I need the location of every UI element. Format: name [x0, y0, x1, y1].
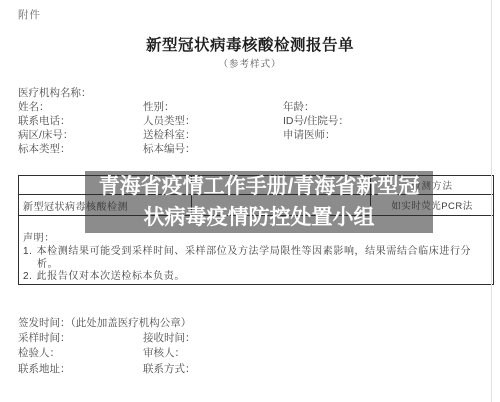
field-label-sampling-time: 采样时间：: [18, 331, 143, 346]
form-row-phone: 联系电话： 人员类型： ID号/住院号：: [18, 115, 488, 129]
attachment-label: 附件: [18, 7, 41, 22]
page-edge-line: [491, 0, 492, 402]
signature-section: 签发时间：（此处加盖医疗机构公章） 采样时间： 接收时间： 检验人： 审核人： …: [18, 316, 478, 377]
field-label-ward-bed: 病区/床号：: [18, 129, 143, 143]
watermark-line-1: 青海省疫情工作手册/青海省新型冠: [85, 171, 433, 202]
field-label-name: 姓名：: [18, 101, 143, 115]
statement-item-2: 2.此报告仅对本次送检标本负责。: [23, 271, 485, 284]
statement-number-2: 2.: [23, 271, 37, 282]
report-subtitle: （参考样式）: [0, 56, 500, 70]
field-label-age: 年龄：: [283, 101, 488, 115]
field-label-person-type: 人员类型：: [143, 115, 283, 129]
statement-title: 声明：: [23, 233, 485, 246]
field-label-phone: 联系电话：: [18, 115, 143, 129]
field-label-issue-time-seal: 签发时间：（此处加盖医疗机构公章）: [18, 316, 191, 331]
statement-text-2: 此报告仅对本次送检标本负责。: [37, 271, 185, 282]
footer-row-sampling: 采样时间： 接收时间：: [18, 331, 478, 346]
form-row-ward: 病区/床号： 送检科室： 申请医师：: [18, 129, 488, 143]
patient-info-section: 医疗机构名称： 姓名： 性别： 年龄： 联系电话： 人员类型： ID号/住院号：…: [18, 87, 488, 156]
statement-number-1: 1.: [23, 246, 37, 257]
field-label-physician: 申请医师：: [283, 129, 488, 143]
footer-row-inspector: 检验人： 审核人：: [18, 346, 478, 361]
field-label-contact-method: 联系方式：: [143, 362, 478, 377]
form-row-name: 姓名： 性别： 年龄：: [18, 101, 488, 115]
statement-item-1: 1.本检测结果可能受到采样时间、采样部位及方法学局限性等因素影响，结果需结合临床…: [23, 246, 485, 272]
field-label-receive-time: 接收时间：: [143, 331, 478, 346]
footer-row-issue-time: 签发时间：（此处加盖医疗机构公章）: [18, 316, 478, 331]
field-label-department: 送检科室：: [143, 129, 283, 143]
field-label-contact-address: 联系地址：: [18, 362, 143, 377]
footer-row-contact: 联系地址： 联系方式：: [18, 362, 478, 377]
watermark-overlay: 青海省疫情工作手册/青海省新型冠 状病毒疫情防控处置小组: [85, 171, 433, 233]
field-label-institution: 医疗机构名称：: [18, 87, 143, 101]
statement-text-1: 本检测结果可能受到采样时间、采样部位及方法学局限性等因素影响，结果需结合临床进行…: [37, 246, 472, 270]
form-row-specimen: 标本类型： 标本编号：: [18, 143, 488, 157]
report-title: 新型冠状病毒核酸检测报告单: [0, 33, 500, 55]
form-row-institution: 医疗机构名称：: [18, 87, 488, 101]
field-label-id-number: ID号/住院号：: [283, 115, 488, 129]
field-label-reviewer: 审核人：: [143, 346, 478, 361]
report-page: 附件 新型冠状病毒核酸检测报告单 （参考样式） 医疗机构名称： 姓名： 性别： …: [0, 0, 500, 402]
field-label-specimen-number: 标本编号：: [143, 143, 283, 157]
field-label-inspector: 检验人：: [18, 346, 143, 361]
field-label-specimen-type: 标本类型：: [18, 143, 143, 157]
watermark-line-2: 状病毒疫情防控处置小组: [85, 202, 433, 233]
field-label-gender: 性别：: [143, 101, 283, 115]
